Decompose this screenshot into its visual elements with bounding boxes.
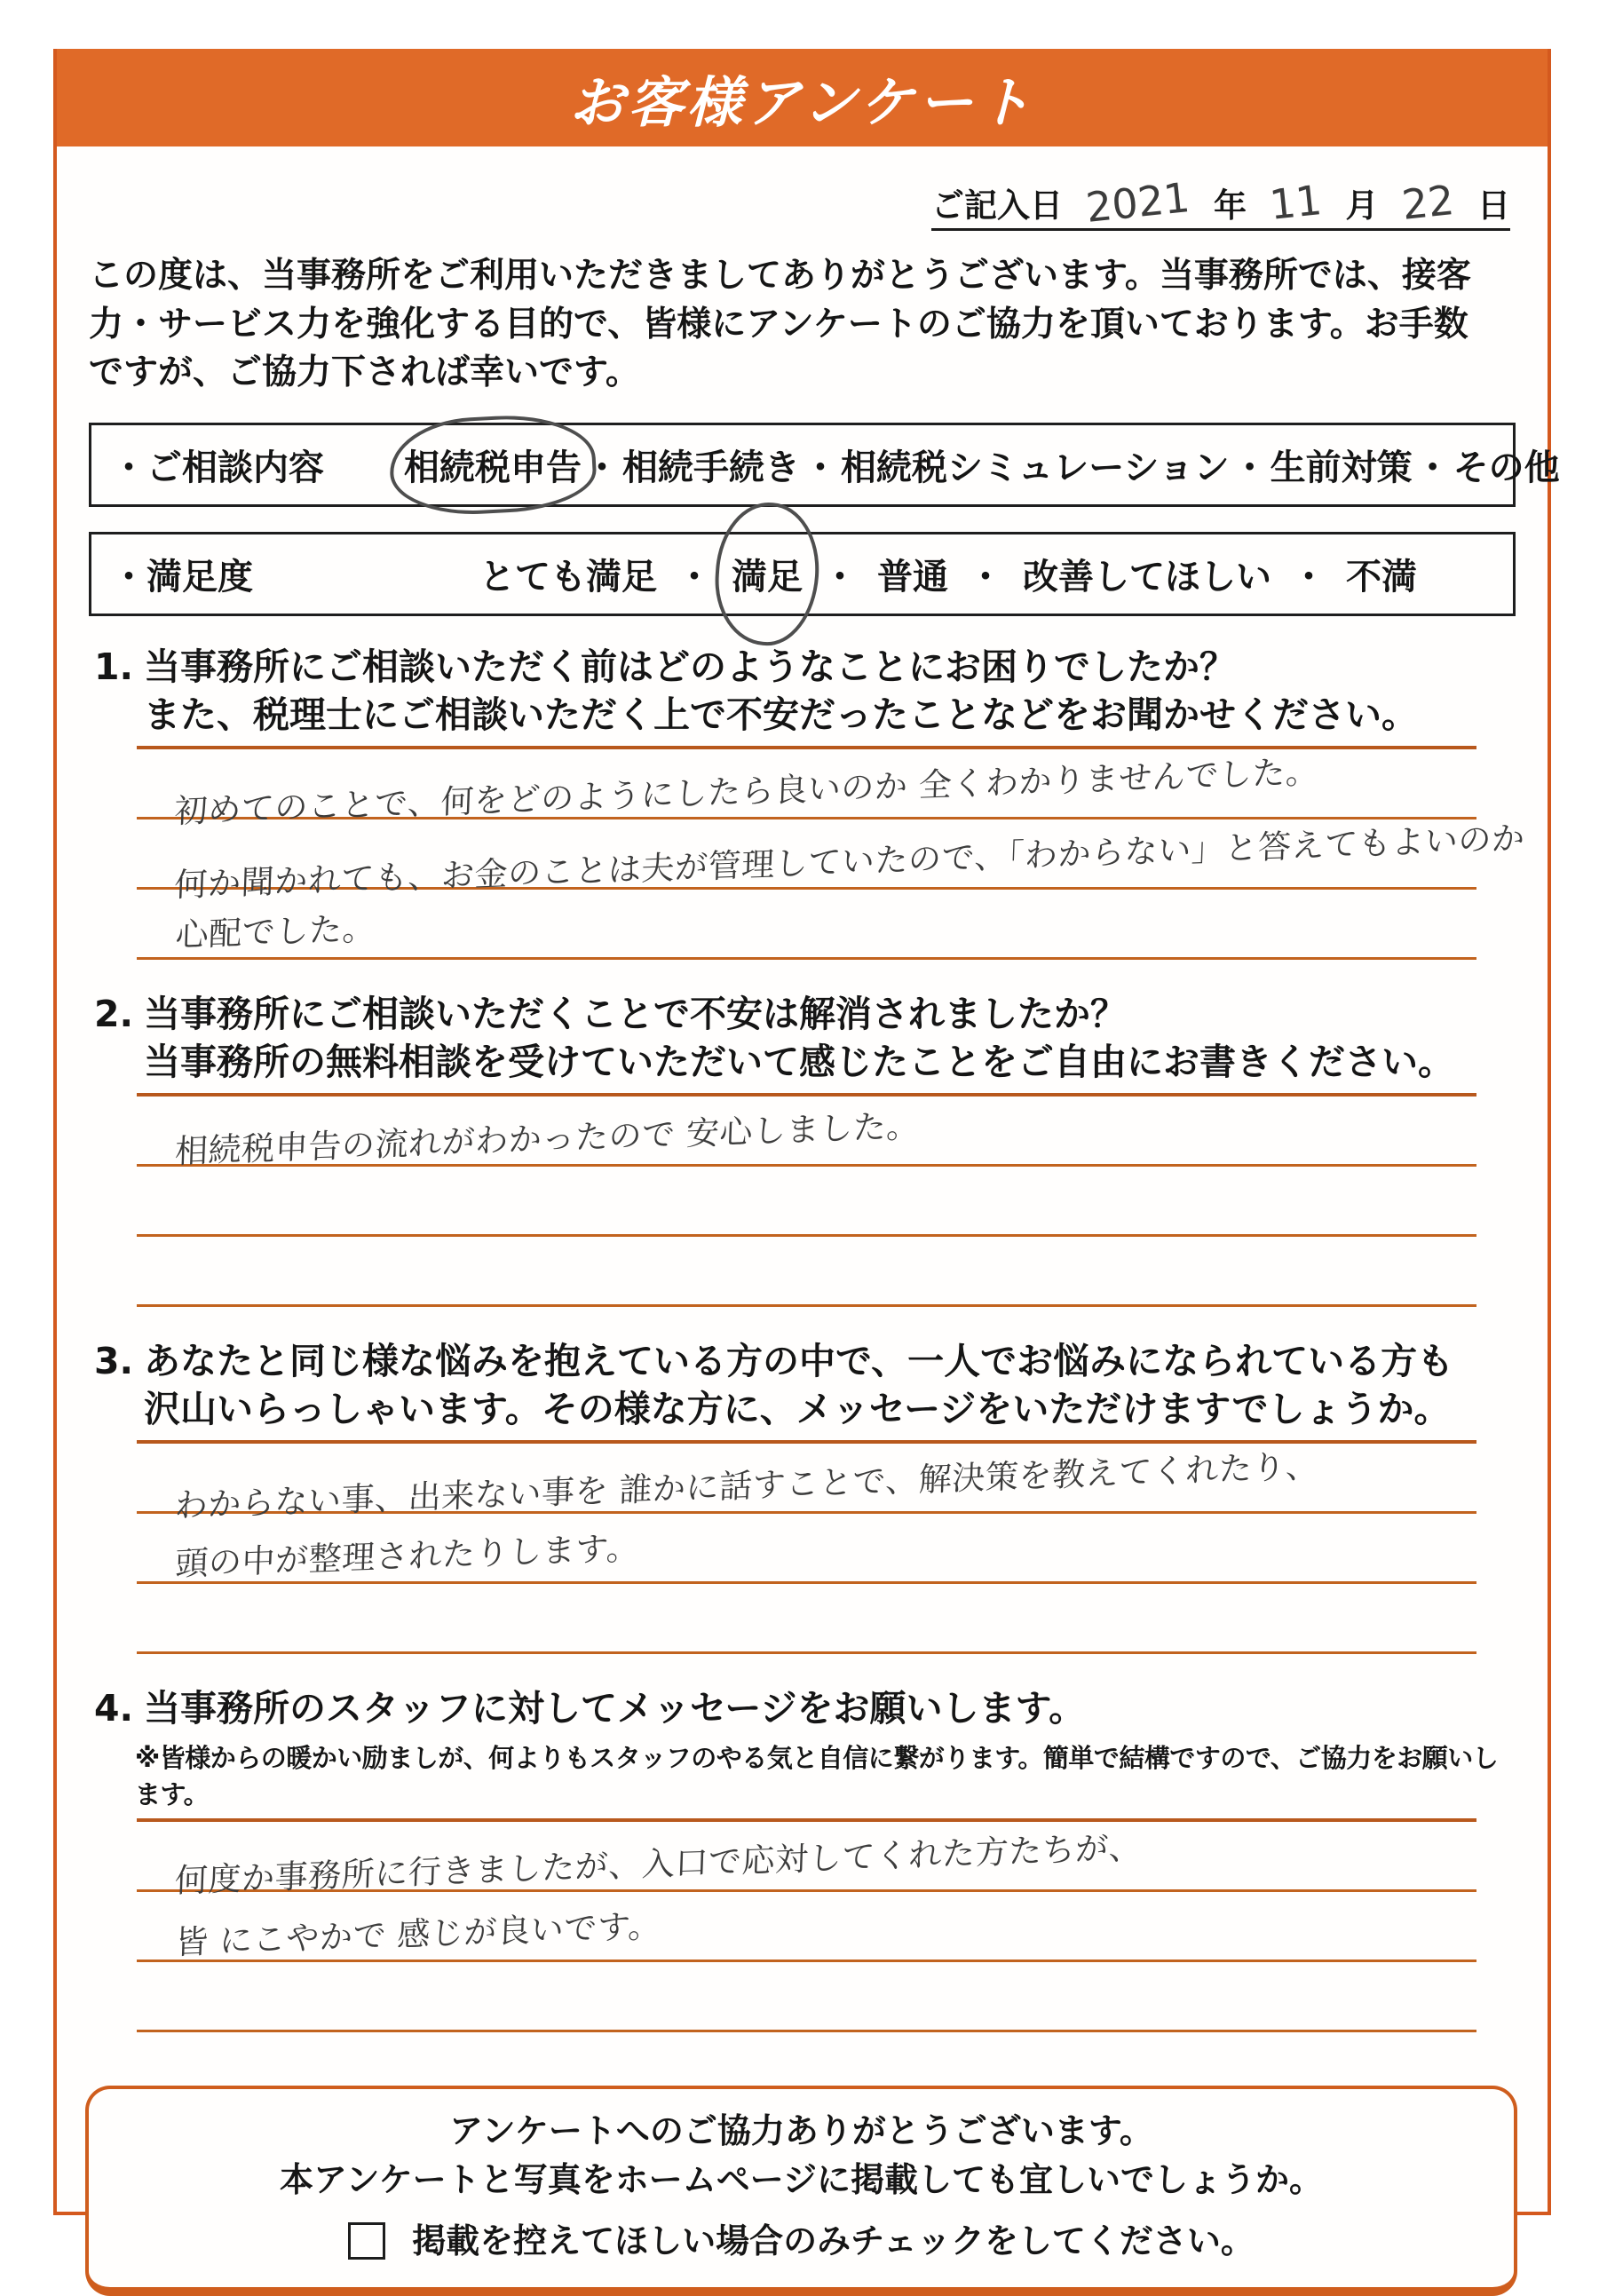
option-souzokuzei-shinkoku: 相続税申告 (404, 439, 582, 490)
handwritten-answer: 頭の中が整理されたりします。 (175, 1521, 641, 1585)
question-2: 2. 当事務所にご相談いただくことで不安は解消されましたか？ 当事務所の無料相談… (82, 990, 1523, 1307)
publish-optout-label: 掲載を控えてほしい場合のみチェックをしてください。 (412, 2217, 1255, 2266)
intro-line: 力・サービス力を強化する目的で、皆様にアンケートのご協力を頂いております。お手数 (89, 301, 1523, 350)
satisfaction-label: ・満足度 (111, 549, 479, 599)
option-seizen-taisaku: 生前対策 (1271, 439, 1413, 490)
footer-consent-line: 本アンケートと写真をホームページに掲載しても宜しいでしょうか。 (103, 2156, 1500, 2205)
answer-line: 皆 にこやかで 感じが良いです。 (137, 1892, 1476, 1962)
option-separator: ・ (1232, 439, 1268, 490)
option-separator: ・ (1291, 549, 1326, 599)
option-sonota: その他 (1453, 439, 1560, 490)
date-month-unit: 月 (1346, 178, 1379, 226)
question-3: 3. あなたと同じ様な悩みを抱えている方の中で、一人でお悩みになられている方も … (82, 1337, 1523, 1654)
question-4-title: 4. 当事務所のスタッフに対してメッセージをお願いします。 (94, 1684, 1523, 1732)
handwritten-answer: 皆 にこやかで 感じが良いです。 (175, 1898, 662, 1963)
footer-thanks-line: アンケートへのご協力ありがとうございます。 (103, 2107, 1500, 2156)
intro-paragraph: この度は、当事務所をご利用いただきましてありがとうございます。当事務所では、接客… (89, 252, 1523, 398)
question-2-answer-area: 相続税申告の流れがわかったので 安心しました。 (137, 1093, 1476, 1307)
handwritten-answer: 何度か事務所に行きましたが、入口で応対してくれた方たちが、 (174, 1820, 1143, 1902)
date-day-unit: 日 (1477, 178, 1510, 226)
option-kaizen: 改善してほしい (1023, 549, 1271, 599)
question-number: 3. (94, 1337, 144, 1433)
question-number: 4. (94, 1684, 144, 1732)
option-separator: ・ (584, 439, 620, 490)
question-1-title: 1. 当事務所にご相談いただく前はどのようなことにお困りでしたか？ また、税理士… (94, 643, 1523, 739)
option-separator: ・ (803, 439, 838, 490)
date-month-value: 11 (1268, 176, 1325, 229)
answer-line: 初めてのことで、何をどのようにしたら良いのか 全くわかりませんでした。 (137, 749, 1476, 819)
handwritten-answer: 心配でした。 (175, 901, 376, 956)
question-4-note: ※皆様からの暖かい励ましが、何よりもスタッフのやる気と自信に繋がります。簡単で結… (135, 1738, 1523, 1811)
option-totemo-manzoku: とても満足 (479, 549, 657, 599)
option-separator: ・ (822, 549, 858, 599)
question-2-title: 2. 当事務所にご相談いただくことで不安は解消されましたか？ 当事務所の無料相談… (94, 990, 1523, 1086)
publish-optout-row: 掲載を控えてほしい場合のみチェックをしてください。 (103, 2217, 1500, 2266)
intro-line: この度は、当事務所をご利用いただきましてありがとうございます。当事務所では、接客 (89, 252, 1523, 301)
handwritten-answer: 相続税申告の流れがわかったので 安心しました。 (174, 1099, 921, 1173)
option-souzokuzei-simulation: 相続税シミュレーション (841, 439, 1230, 490)
answer-line: 相続税申告の流れがわかったので 安心しました。 (137, 1097, 1476, 1167)
question-3-answer-area: わからない事、出来ない事を 誰かに話すことで、解決策を教えてくれたり、 頭の中が… (137, 1440, 1476, 1654)
answer-line (137, 1962, 1476, 2032)
answer-line (137, 1237, 1476, 1307)
option-futsuu: 普通 (877, 549, 948, 599)
option-separator: ・ (677, 549, 712, 599)
date-label: ご記入日 (931, 178, 1063, 226)
question-4: 4. 当事務所のスタッフに対してメッセージをお願いします。 ※皆様からの暖かい励… (82, 1684, 1523, 2031)
answer-line: 頭の中が整理されたりします。 (137, 1514, 1476, 1584)
option-separator: ・ (968, 549, 1003, 599)
question-3-title: 3. あなたと同じ様な悩みを抱えている方の中で、一人でお悩みになられている方も … (94, 1337, 1523, 1433)
option-manzoku: 満足 (732, 549, 803, 599)
satisfaction-options: とても満足 ・ 満足 ・ 普通 ・ 改善してほしい ・ 不満 (479, 549, 1417, 599)
satisfaction-box: ・満足度 とても満足 ・ 満足 ・ 普通 ・ 改善してほしい ・ 不満 (89, 532, 1516, 616)
answer-line (137, 1167, 1476, 1237)
fill-date-row: ご記入日 2021 年 11 月 22 日 (931, 178, 1510, 231)
date-year-unit: 年 (1214, 178, 1247, 226)
intro-line: ですが、ご協力下されば幸いです。 (89, 349, 1523, 398)
question-1: 1. 当事務所にご相談いただく前はどのようなことにお困りでしたか？ また、税理士… (82, 643, 1523, 960)
option-separator: ・ (1415, 439, 1451, 490)
answer-line: 何か聞かれても、お金のことは夫が管理していたので、「わからない」と答えてもよいの… (137, 819, 1476, 890)
answer-line: 何度か事務所に行きましたが、入口で応対してくれた方たちが、 (137, 1822, 1476, 1892)
consultation-options: 相続税申告 ・ 相続手続き ・ 相続税シミュレーション ・ 生前対策 ・ その他 (404, 439, 1560, 490)
answer-line (137, 1584, 1476, 1654)
page-title: お客様アンケート (569, 59, 1034, 138)
footer-consent-box: アンケートへのご協力ありがとうございます。 本アンケートと写真をホームページに掲… (85, 2086, 1517, 2296)
question-number: 2. (94, 990, 144, 1086)
publish-optout-checkbox[interactable] (348, 2222, 385, 2260)
question-4-answer-area: 何度か事務所に行きましたが、入口で応対してくれた方たちが、 皆 にこやかで 感じ… (137, 1818, 1476, 2032)
question-number: 1. (94, 643, 144, 739)
consultation-label: ・ご相談内容 (111, 439, 404, 490)
date-year-value: 2021 (1084, 173, 1192, 232)
page-content: ご記入日 2021 年 11 月 22 日 この度は、当事務所をご利用いただきま… (57, 178, 1548, 2296)
header-banner: お客様アンケート (57, 49, 1548, 146)
date-day-value: 22 (1399, 176, 1456, 229)
answer-line: 心配でした。 (137, 890, 1476, 960)
question-1-answer-area: 初めてのことで、何をどのようにしたら良いのか 全くわかりませんでした。 何か聞か… (137, 746, 1476, 960)
survey-page: お客様アンケート ご記入日 2021 年 11 月 22 日 この度は、当事務所… (53, 49, 1551, 2215)
answer-line: わからない事、出来ない事を 誰かに話すことで、解決策を教えてくれたり、 (137, 1444, 1476, 1514)
option-souzoku-tetsuzuki: 相続手続き (622, 439, 800, 490)
option-fuman: 不満 (1346, 549, 1417, 599)
consultation-type-box: ・ご相談内容 相続税申告 ・ 相続手続き ・ 相続税シミュレーション ・ 生前対… (89, 423, 1516, 507)
